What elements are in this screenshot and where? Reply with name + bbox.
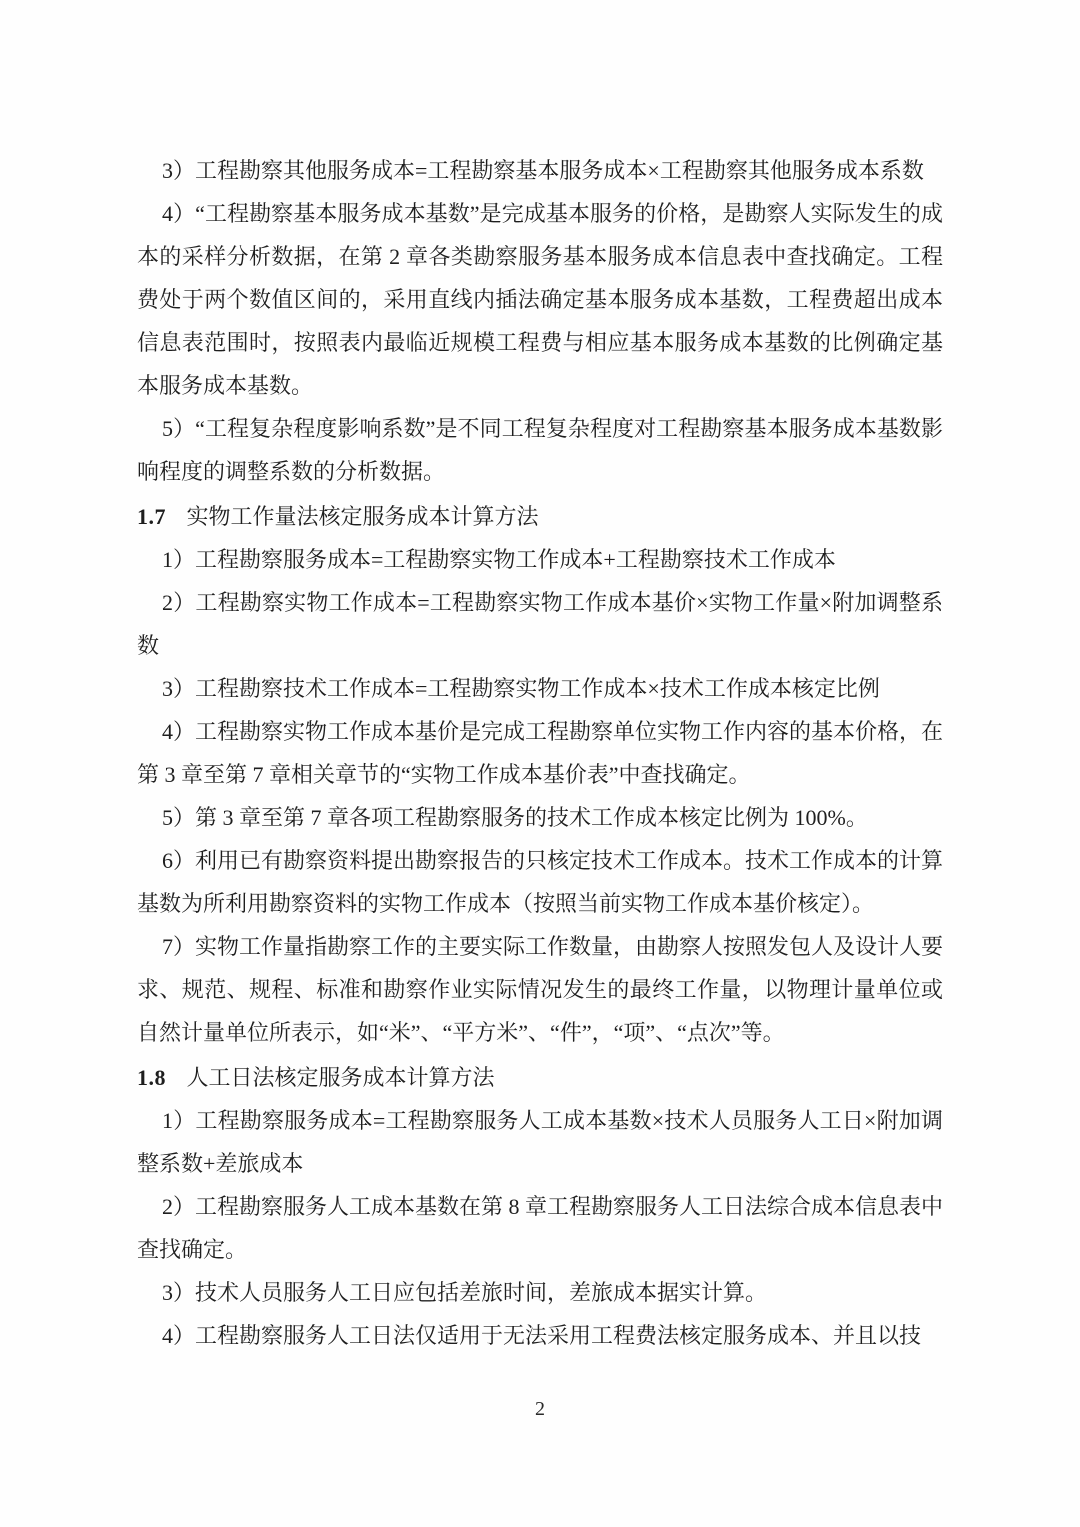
body-paragraph: 1）工程勘察服务成本=工程勘察实物工作成本+工程勘察技术工作成本: [137, 538, 943, 581]
body-paragraph: 3）工程勘察技术工作成本=工程勘察实物工作成本×技术工作成本核定比例: [137, 667, 943, 710]
section-heading-1-7: 1.7 实物工作量法核定服务成本计算方法: [137, 495, 943, 538]
body-paragraph: 3）技术人员服务人工日应包括差旅时间，差旅成本据实计算。: [137, 1271, 943, 1314]
body-paragraph: 7）实物工作量指勘察工作的主要实际工作数量，由勘察人按照发包人及设计人要求、规范…: [137, 925, 943, 1054]
body-paragraph: 1）工程勘察服务成本=工程勘察服务人工成本基数×技术人员服务人工日×附加调整系数…: [137, 1099, 943, 1185]
body-paragraph: 3）工程勘察其他服务成本=工程勘察基本服务成本×工程勘察其他服务成本系数: [137, 149, 943, 192]
body-paragraph: 5）“工程复杂程度影响系数”是不同工程复杂程度对工程勘察基本服务成本基数影响程度…: [137, 407, 943, 493]
body-paragraph: 6）利用已有勘察资料提出勘察报告的只核定技术工作成本。技术工作成本的计算基数为所…: [137, 839, 943, 925]
document-page: 3）工程勘察其他服务成本=工程勘察基本服务成本×工程勘察其他服务成本系数 4）“…: [0, 0, 1080, 1527]
page-number: 2: [0, 1398, 1080, 1421]
section-number: 1.8: [137, 1065, 166, 1090]
body-paragraph: 5）第 3 章至第 7 章各项工程勘察服务的技术工作成本核定比例为 100%。: [137, 796, 943, 839]
section-number: 1.7: [137, 504, 166, 529]
body-paragraph: 4）工程勘察实物工作成本基价是完成工程勘察单位实物工作内容的基本价格，在第 3 …: [137, 710, 943, 796]
document-body: 3）工程勘察其他服务成本=工程勘察基本服务成本×工程勘察其他服务成本系数 4）“…: [137, 149, 943, 1357]
section-title: 人工日法核定服务成本计算方法: [187, 1065, 495, 1090]
body-paragraph: 4）“工程勘察基本服务成本基数”是完成基本服务的价格，是勘察人实际发生的成本的采…: [137, 192, 943, 407]
section-title: 实物工作量法核定服务成本计算方法: [187, 504, 539, 529]
body-paragraph: 2）工程勘察实物工作成本=工程勘察实物工作成本基价×实物工作量×附加调整系数: [137, 581, 943, 667]
body-paragraph: 4）工程勘察服务人工日法仅适用于无法采用工程费法核定服务成本、并且以技: [137, 1314, 943, 1357]
section-heading-1-8: 1.8 人工日法核定服务成本计算方法: [137, 1056, 943, 1099]
body-paragraph: 2）工程勘察服务人工成本基数在第 8 章工程勘察服务人工日法综合成本信息表中查找…: [137, 1185, 943, 1271]
